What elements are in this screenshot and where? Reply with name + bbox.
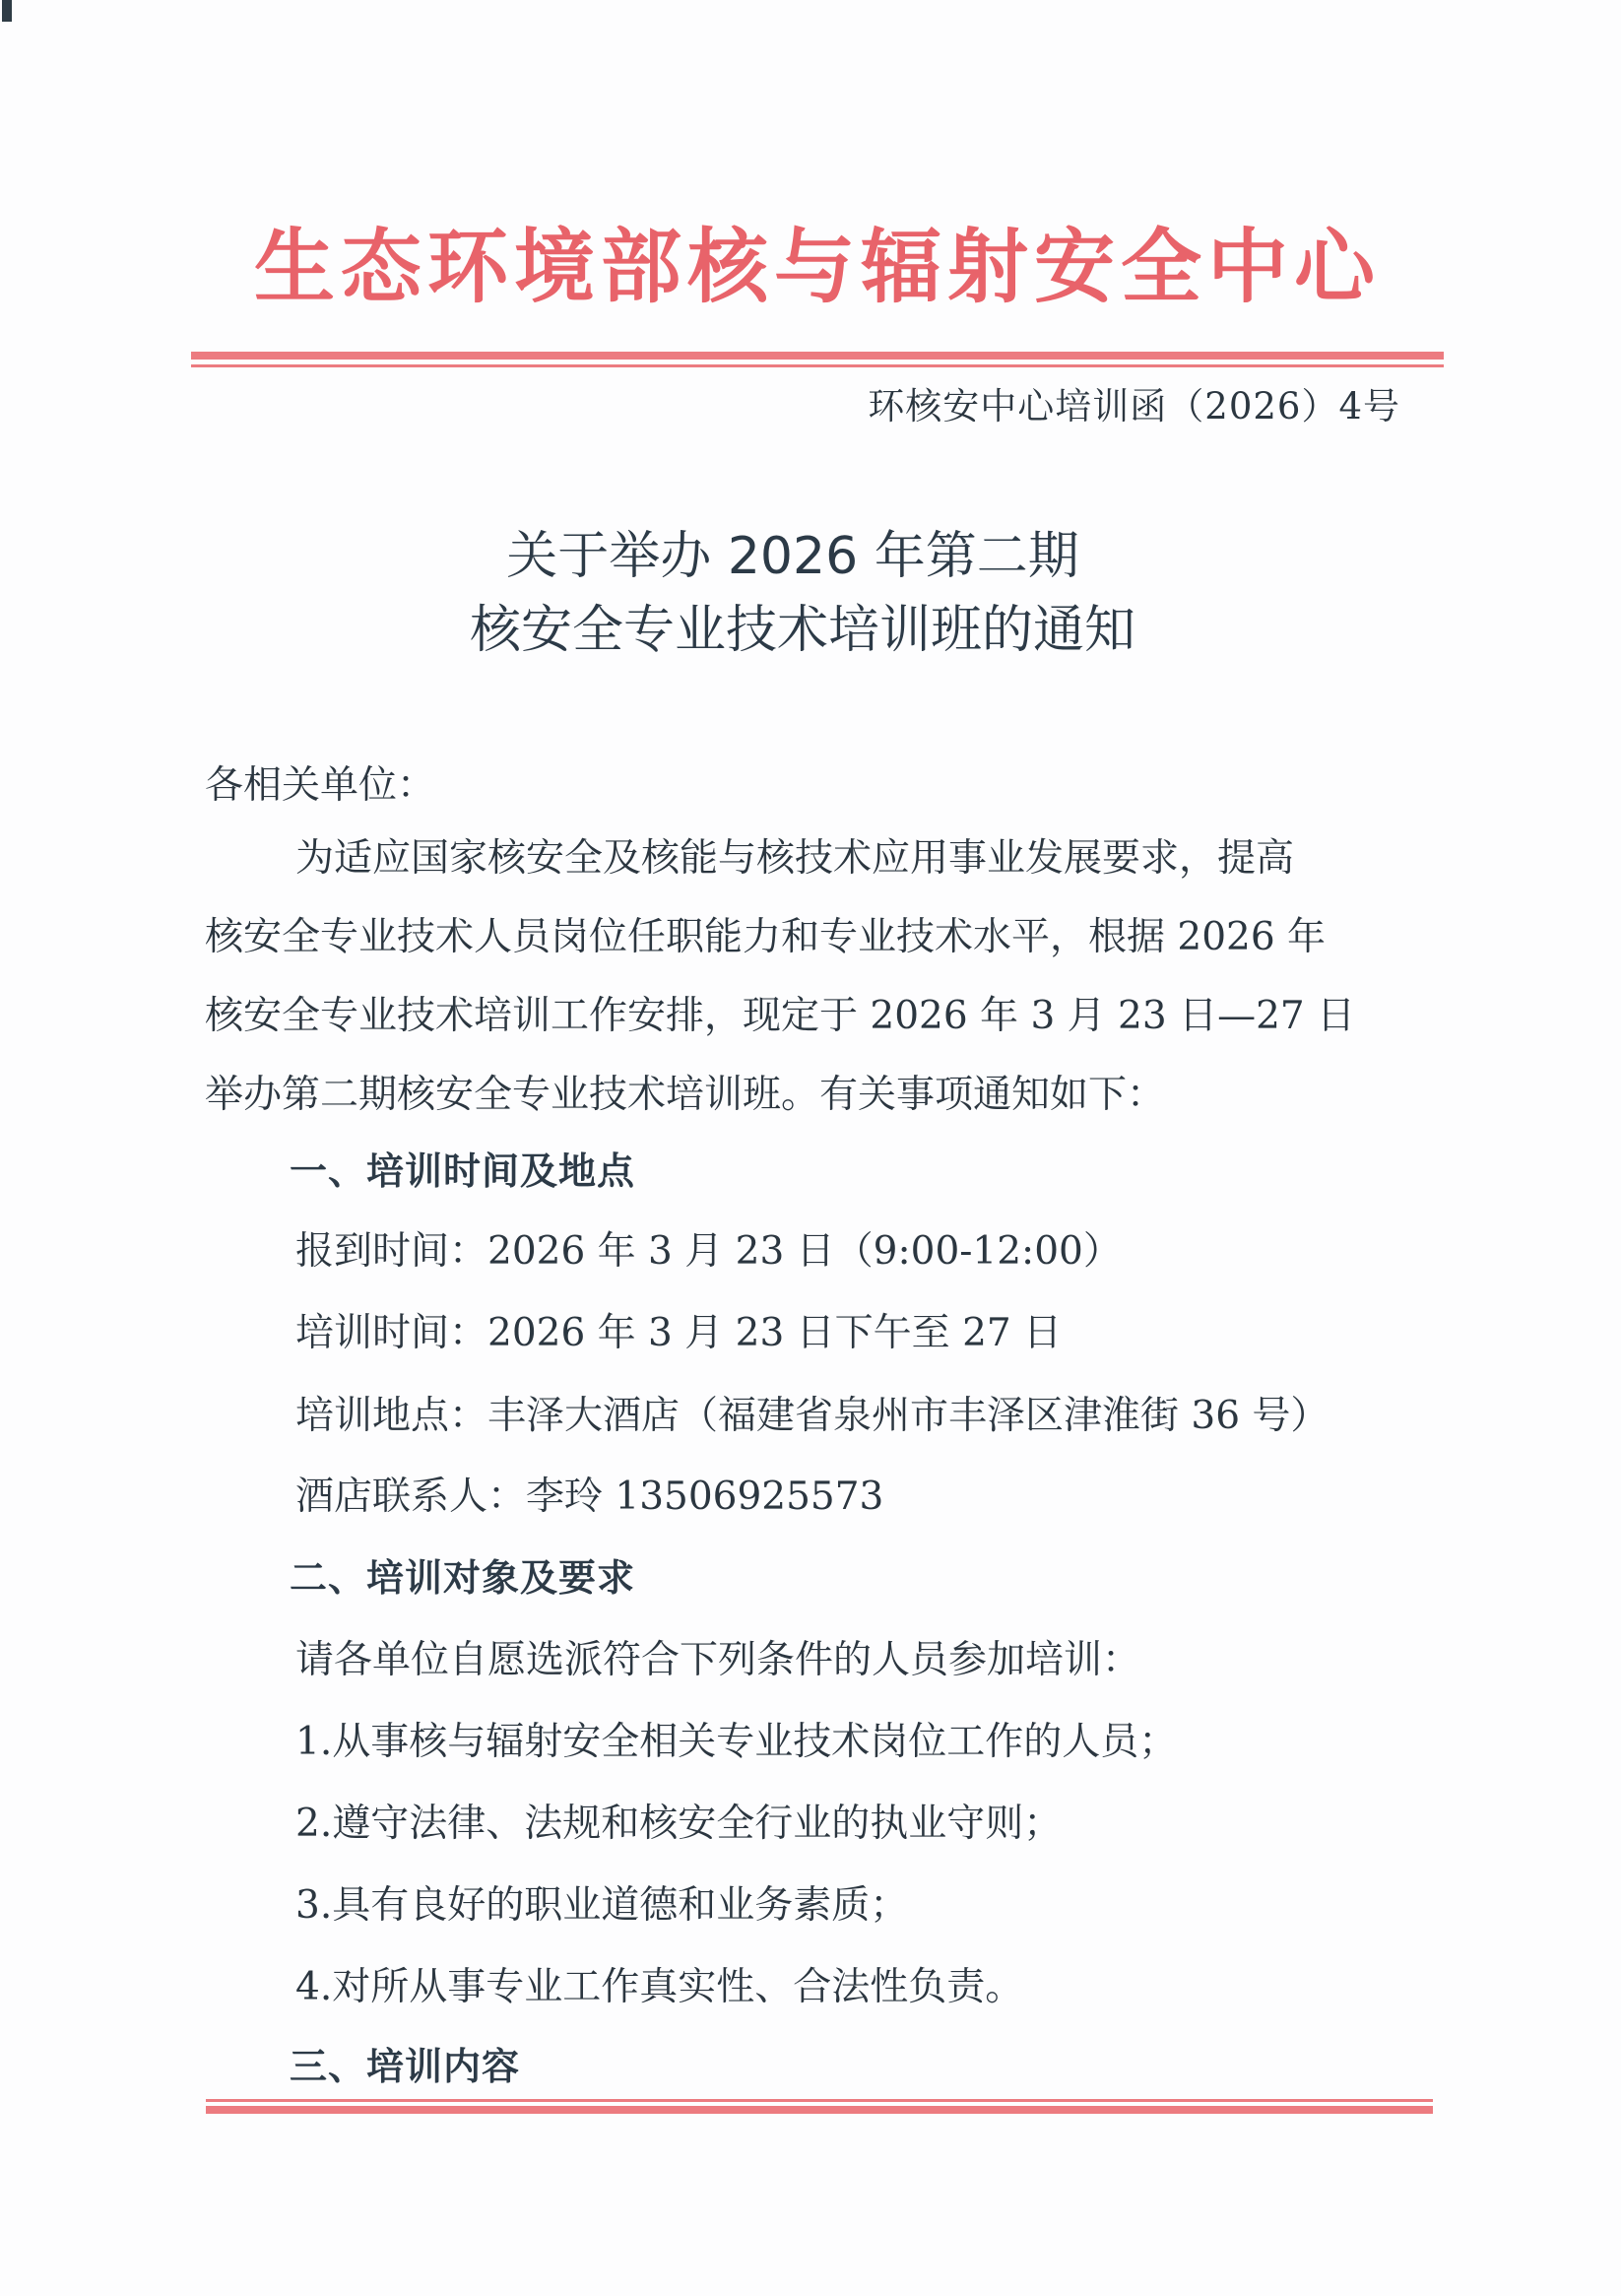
section-1-training-time: 培训时间：2026 年 3 月 23 日下午至 27 日 [295, 1308, 1538, 1359]
section-3-heading: 三、培训内容 [290, 2041, 520, 2092]
notice-title-line-1: 关于举办 2026 年第二期 [0, 525, 1603, 588]
masthead-rule-thin [191, 364, 1444, 367]
document-number: 环核安中心培训函（2026）4号 [868, 377, 1400, 436]
section-2-item-3: 3.具有良好的职业道德和业务素质； [295, 1880, 1538, 1932]
section-2-item-1: 1.从事核与辐射安全相关专业技术岗位工作的人员； [295, 1717, 1538, 1768]
section-2-intro: 请各单位自愿选派符合下列条件的人员参加培训： [295, 1635, 1538, 1686]
section-1-hotel-contact: 酒店联系人：李玲 13506925573 [295, 1472, 1538, 1523]
section-1-report-time: 报到时间：2026 年 3 月 23 日（9:00-12:00） [295, 1226, 1538, 1278]
section-2-heading: 二、培训对象及要求 [290, 1552, 635, 1604]
section-2-item-2: 2.遵守法律、法规和核安全行业的执业守则； [295, 1799, 1538, 1850]
salutation: 各相关单位： [205, 760, 1448, 812]
scan-edge-mark [2, 0, 12, 22]
masthead-rule-thick [191, 352, 1444, 360]
intro-line-3: 核安全专业技术培训工作安排，现定于 2026 年 3 月 23 日—27 日 [205, 991, 1448, 1042]
notice-title-line-2: 核安全专业技术培训班的通知 [0, 599, 1613, 662]
footer-rule-thick [206, 2106, 1433, 2114]
masthead-org-name: 生态环境部核与辐射安全中心 [191, 219, 1444, 317]
intro-line-4: 举办第二期核安全专业技术培训班。有关事项通知如下： [205, 1070, 1448, 1121]
section-1-heading: 一、培训时间及地点 [290, 1146, 635, 1197]
intro-line-1: 为适应国家核安全及核能与核技术应用事业发展要求，提高 [295, 833, 1448, 885]
footer-rule-thin [206, 2099, 1433, 2102]
intro-line-2: 核安全专业技术人员岗位任职能力和专业技术水平，根据 2026 年 [205, 912, 1448, 963]
section-1-training-location: 培训地点：丰泽大酒店（福建省泉州市丰泽区津淮街 36 号） [295, 1391, 1538, 1442]
section-2-item-4: 4.对所从事专业工作真实性、合法性负责。 [295, 1962, 1538, 2013]
